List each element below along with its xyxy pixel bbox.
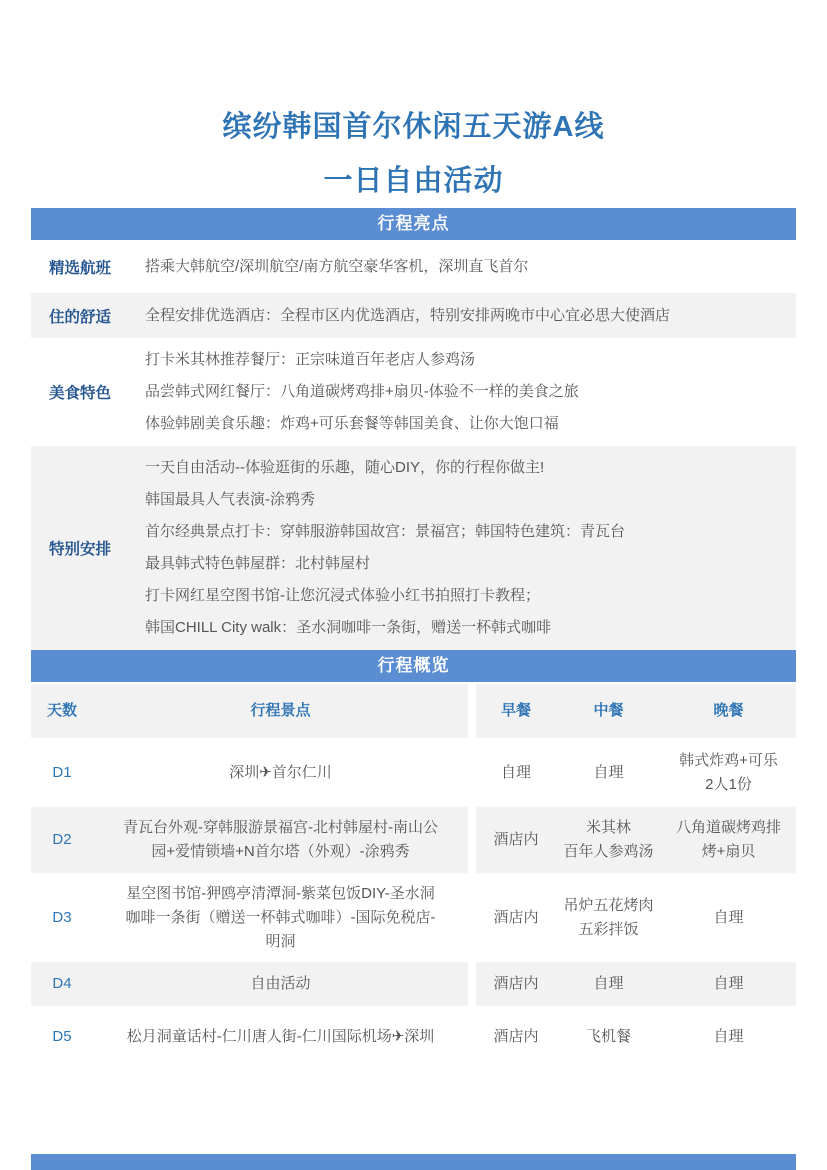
highlight-label-food: 美食特色 <box>31 381 145 403</box>
overview-table-header: 天数 行程景点 早餐 中餐 晚餐 <box>31 684 796 738</box>
column-header-breakfast: 早餐 <box>476 684 556 738</box>
highlight-text: 搭乘大韩航空/深圳航空/南方航空豪华客机，深圳直飞首尔 <box>145 251 786 283</box>
highlight-label-hotels: 住的舒适 <box>31 305 145 327</box>
highlight-row-flights: 精选航班 搭乘大韩航空/深圳航空/南方航空豪华客机，深圳直飞首尔 <box>31 240 796 293</box>
scenic-cell: 青瓦台外观-穿韩服游景福宫-北村韩屋村-南山公园+爱情锁墙+N首尔塔（外观）-涂… <box>93 807 468 873</box>
column-divider <box>468 962 476 1006</box>
column-header-lunch: 中餐 <box>556 684 661 738</box>
highlight-text: 韩国CHILL City walk：圣水洞咖啡一条街，赠送一杯韩式咖啡 <box>145 612 786 644</box>
breakfast-cell: 酒店内 <box>476 962 556 1006</box>
highlight-label-flights: 精选航班 <box>31 256 145 278</box>
itinerary-page: 缤纷韩国首尔休闲五天游A线 一日自由活动 行程亮点 精选航班 搭乘大韩航空/深圳… <box>0 0 827 1170</box>
column-header-dinner: 晚餐 <box>661 684 796 738</box>
breakfast-cell: 酒店内 <box>476 1008 556 1066</box>
dinner-cell: 自理 <box>661 1008 796 1066</box>
lunch-cell: 自理 <box>556 740 661 805</box>
scenic-cell: 松月洞童话村-仁川唐人街-仁川国际机场✈深圳 <box>93 1008 468 1066</box>
title-line-2: 一日自由活动 <box>0 154 827 208</box>
highlight-text: 全程安排优选酒店：全程市区内优选酒店，特别安排两晚市中心宜必思大使酒店 <box>145 300 786 332</box>
lunch-cell: 米其林 百年人参鸡汤 <box>556 807 661 873</box>
lunch-cell: 自理 <box>556 962 661 1006</box>
title-line-1: 缤纷韩国首尔休闲五天游A线 <box>0 100 827 154</box>
breakfast-cell: 酒店内 <box>476 875 556 960</box>
scenic-cell: 星空图书馆-狎鸥亭清潭洞-紫菜包饭DIY-圣水洞咖啡一条街（赠送一杯韩式咖啡）-… <box>93 875 468 960</box>
highlight-text: 品尝韩式网红餐厅：八角道碳烤鸡排+扇贝-体验不一样的美食之旅 <box>145 376 786 408</box>
highlight-text: 打卡网红星空图书馆-让您沉浸式体验小红书拍照打卡教程； <box>145 580 786 612</box>
scenic-cell: 自由活动 <box>93 962 468 1006</box>
highlight-text: 韩国最具人气表演-涂鸦秀 <box>145 484 786 516</box>
day-label: D2 <box>31 807 93 873</box>
overview-section-header: 行程概览 <box>31 650 796 682</box>
lunch-cell: 吊炉五花烤肉 五彩拌饭 <box>556 875 661 960</box>
highlight-text: 体验韩剧美食乐趣：炸鸡+可乐套餐等韩国美食、让你大饱口福 <box>145 408 786 440</box>
column-divider <box>468 807 476 873</box>
column-header-day: 天数 <box>31 684 93 738</box>
highlight-row-hotels: 住的舒适 全程安排优选酒店：全程市区内优选酒店，特别安排两晚市中心宜必思大使酒店 <box>31 293 796 338</box>
lunch-cell: 飞机餐 <box>556 1008 661 1066</box>
dinner-cell: 自理 <box>661 875 796 960</box>
breakfast-cell: 自理 <box>476 740 556 805</box>
scenic-cell: 深圳✈首尔仁川 <box>93 740 468 805</box>
table-row-d2: D2 青瓦台外观-穿韩服游景福宫-北村韩屋村-南山公园+爱情锁墙+N首尔塔（外观… <box>31 807 796 873</box>
day-label: D3 <box>31 875 93 960</box>
highlight-label-special: 特别安排 <box>31 537 145 559</box>
highlights-section-header: 行程亮点 <box>31 208 796 240</box>
table-row-d4: D4 自由活动 酒店内 自理 自理 <box>31 962 796 1006</box>
dinner-cell: 自理 <box>661 962 796 1006</box>
dinner-cell: 韩式炸鸡+可乐 2人1份 <box>661 740 796 805</box>
column-divider <box>468 684 476 738</box>
breakfast-cell: 酒店内 <box>476 807 556 873</box>
next-section-bar <box>31 1154 796 1170</box>
document-title: 缤纷韩国首尔休闲五天游A线 一日自由活动 <box>0 0 827 208</box>
column-divider <box>468 1008 476 1066</box>
highlight-row-food: 美食特色 打卡米其林推荐餐厅：正宗味道百年老店人参鸡汤 品尝韩式网红餐厅：八角道… <box>31 338 796 446</box>
table-row-d5: D5 松月洞童话村-仁川唐人街-仁川国际机场✈深圳 酒店内 飞机餐 自理 <box>31 1008 796 1066</box>
highlight-text: 一天自由活动--体验逛街的乐趣，随心DIY，你的行程你做主! <box>145 452 786 484</box>
highlight-text: 首尔经典景点打卡：穿韩服游韩国故宫：景福宫；韩国特色建筑：青瓦台 <box>145 516 786 548</box>
day-label: D5 <box>31 1008 93 1066</box>
highlight-text: 最具韩式特色韩屋群：北村韩屋村 <box>145 548 786 580</box>
column-header-scenic: 行程景点 <box>93 684 468 738</box>
day-label: D4 <box>31 962 93 1006</box>
highlight-row-special: 特别安排 一天自由活动--体验逛街的乐趣，随心DIY，你的行程你做主! 韩国最具… <box>31 446 796 650</box>
column-divider <box>468 875 476 960</box>
highlight-text: 打卡米其林推荐餐厅：正宗味道百年老店人参鸡汤 <box>145 344 786 376</box>
table-row-d1: D1 深圳✈首尔仁川 自理 自理 韩式炸鸡+可乐 2人1份 <box>31 740 796 805</box>
table-row-d3: D3 星空图书馆-狎鸥亭清潭洞-紫菜包饭DIY-圣水洞咖啡一条街（赠送一杯韩式咖… <box>31 875 796 960</box>
day-label: D1 <box>31 740 93 805</box>
column-divider <box>468 740 476 805</box>
dinner-cell: 八角道碳烤鸡排 烤+扇贝 <box>661 807 796 873</box>
